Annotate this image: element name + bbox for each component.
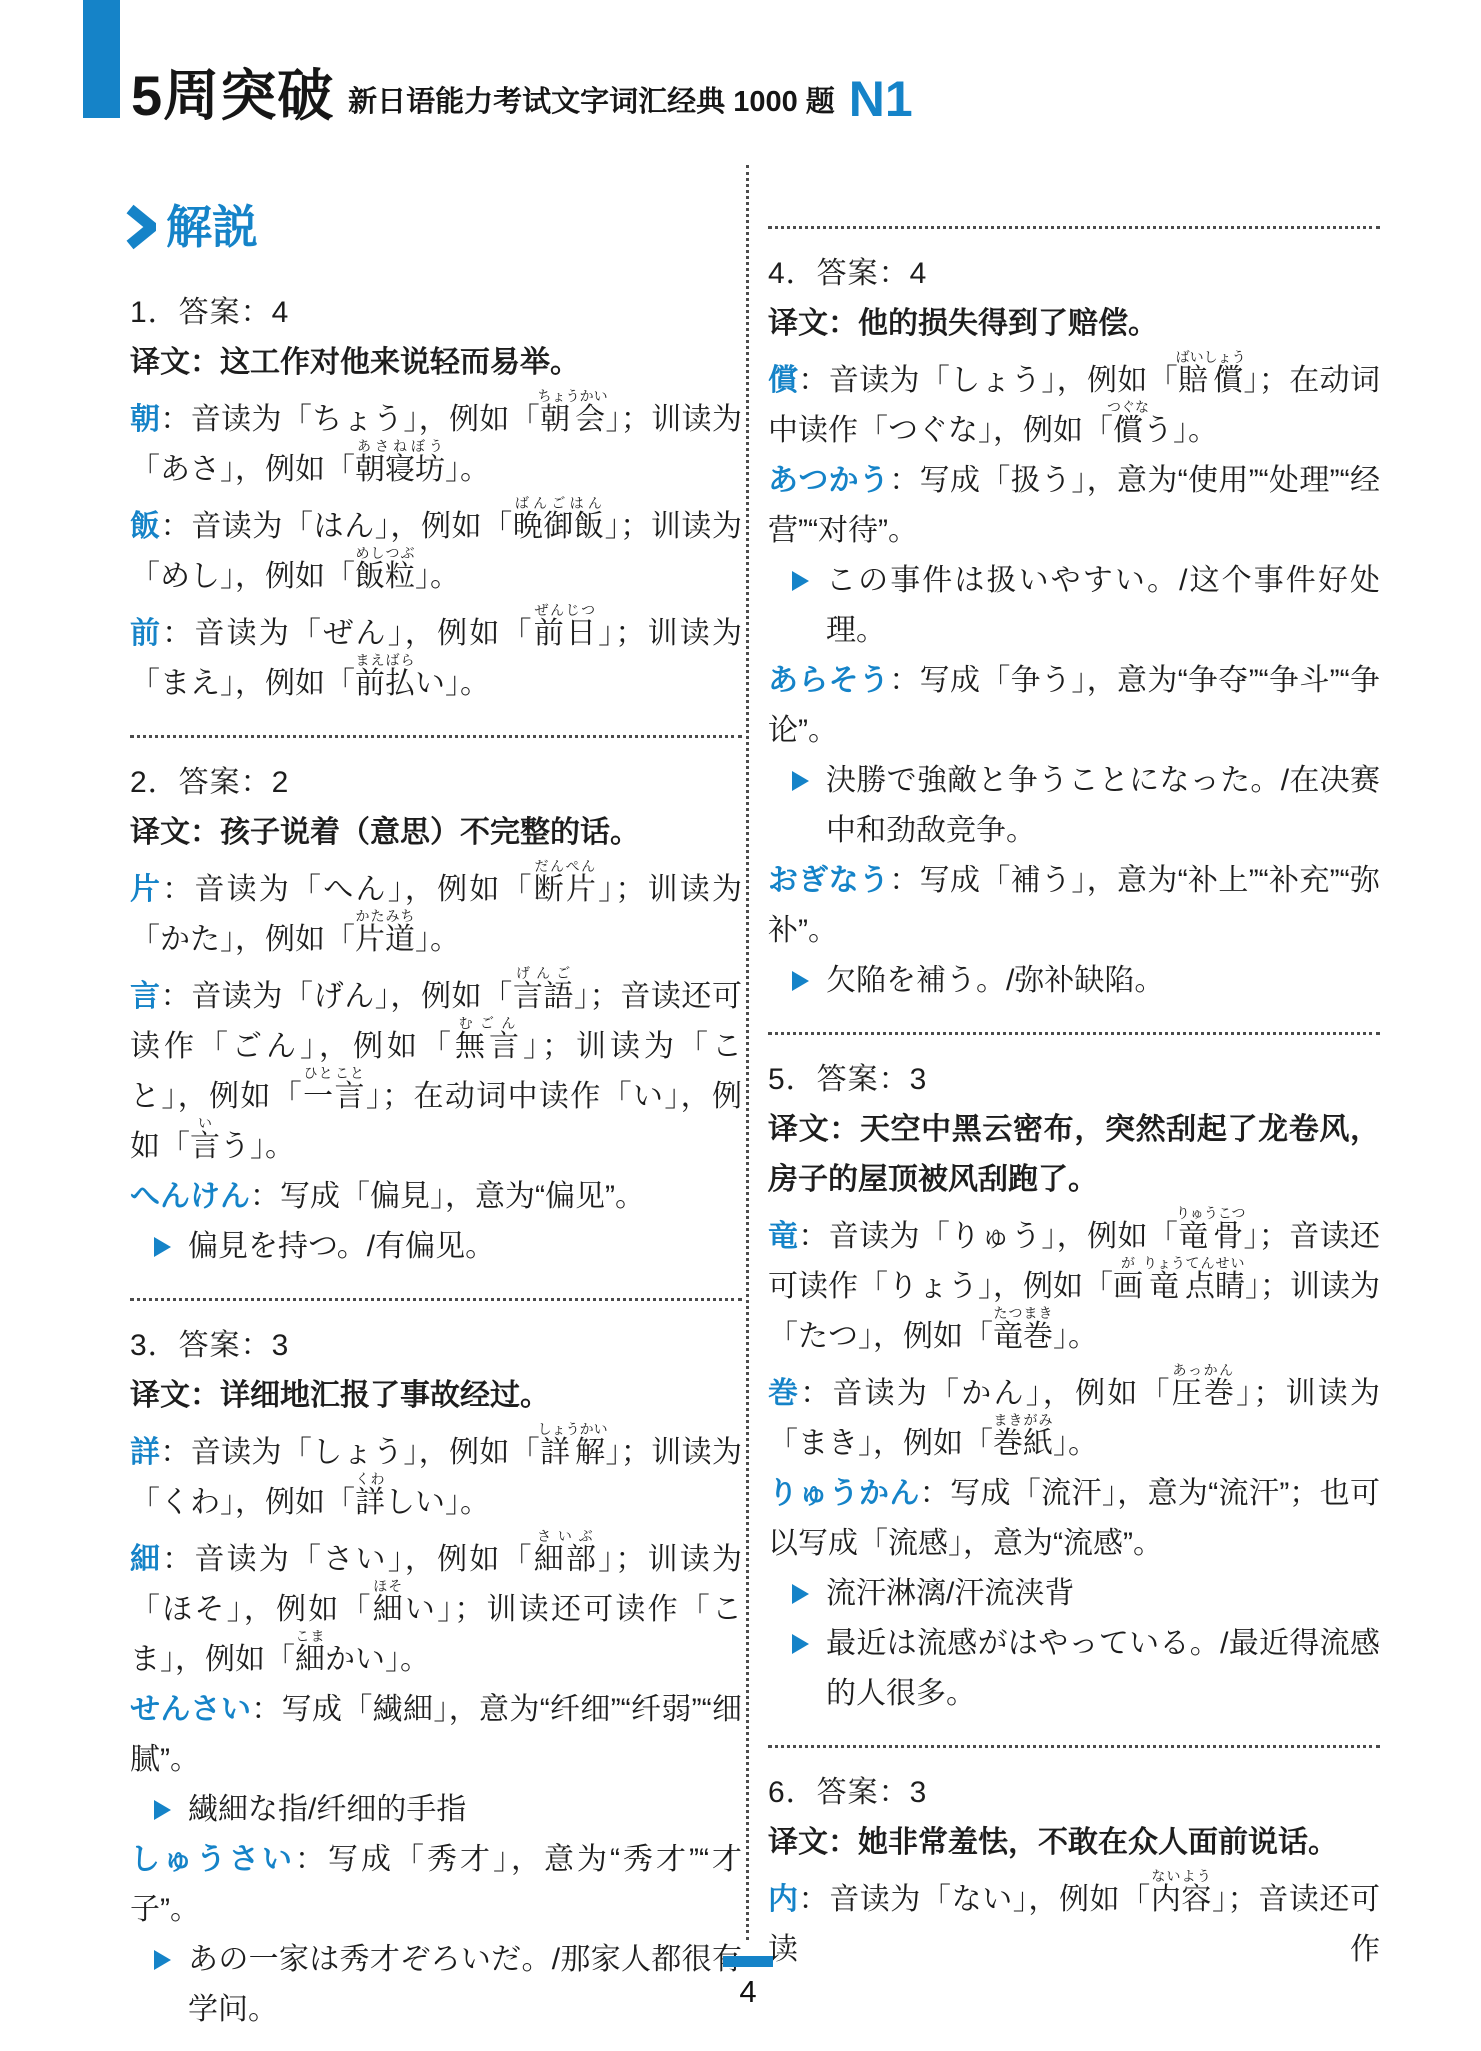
entry-headword: 細: [130, 1543, 162, 1576]
entry-headword: 内: [768, 1883, 799, 1916]
answer-line: 2．答案：2: [130, 758, 742, 808]
entry: 片：音读为「へん」，例如「断片だんぺん」；训读为「かた」，例如「片道かたみち」。: [130, 858, 742, 965]
example-marker-icon: [792, 571, 809, 591]
translation-line: 译文：孩子说着（意思）不完整的话。: [130, 808, 742, 858]
example-marker-icon: [792, 1584, 809, 1604]
entry: 前：音读为「ぜん」，例如「前日ぜんじつ」；训读为「まえ」，例如「前払まえばらい」…: [130, 602, 742, 709]
translation-line: 译文：他的损失得到了赔偿。: [768, 299, 1380, 349]
translation-line: 译文：这工作对他来说轻而易举。: [130, 338, 742, 388]
example-marker-icon: [792, 1634, 809, 1654]
entry-headword: 飯: [130, 510, 161, 543]
section-heading-label: 解説: [166, 204, 258, 250]
example-marker-icon: [792, 771, 809, 791]
level-badge: N1: [849, 74, 913, 124]
example-marker-icon: [154, 1950, 171, 1970]
entry-headword: りゅうかん: [768, 1477, 920, 1510]
book-subtitle: 新日语能力考试文字词汇经典 1000 题: [348, 87, 835, 124]
example-line: 偏見を持つ。/有偏见。: [130, 1222, 742, 1272]
entry: りゅうかん：写成「流汗」，意为“流汗”；也可以写成「流感」，意为“流感”。: [768, 1469, 1380, 1569]
entry-headword: 朝: [130, 403, 160, 436]
example-line: この事件は扱いやすい。/这个事件好处理。: [768, 556, 1380, 656]
entry: 内：音读为「ない」，例如「内容ないよう」；音读还可读作: [768, 1868, 1380, 1975]
entry: おぎなう：写成「補う」，意为“补上”“补充”“弥补”。: [768, 856, 1380, 956]
book-page: 5周突破 新日语能力考试文字词汇经典 1000 题 N1 解説 1．答案：4译文…: [0, 0, 1481, 2051]
entry-headword: 償: [768, 364, 798, 397]
example-line: あの一家は秀才ぞろいだ。/那家人都很有学问。: [130, 1935, 742, 2035]
dotted-separator: [768, 1745, 1380, 1748]
entry: 言：音读为「げん」，例如「言語げんご」；音读还可读作「ごん」，例如「無言むごん」…: [130, 965, 742, 1172]
example-marker-icon: [792, 971, 809, 991]
dotted-separator: [130, 1298, 742, 1301]
entry: 巻：音读为「かん」，例如「圧巻あっかん」；训读为「まき」，例如「巻紙まきがみ」。: [768, 1362, 1380, 1469]
header-accent-bar: [83, 0, 120, 118]
translation-line: 译文：详细地汇报了事故经过。: [130, 1371, 742, 1421]
entry-headword: 片: [130, 873, 162, 906]
page-number: 4: [698, 1974, 798, 2010]
entry-headword: あつかう: [768, 464, 889, 497]
answer-item: 3．答案：3译文：详细地汇报了事故经过。詳：音读为「しょう」，例如「詳解しょうか…: [130, 1321, 742, 2035]
entry: あらそう：写成「争う」，意为“争夺”“争斗”“争论”。: [768, 656, 1380, 756]
section-heading: 解説: [126, 204, 742, 250]
answer-line: 5．答案：3: [768, 1055, 1380, 1105]
entry: 竜：音读为「りゅう」，例如「竜骨りゅうこつ」；音读还可读作「りょう」，例如「画が…: [768, 1205, 1380, 1362]
entry: 細：音读为「さい」，例如「細部さいぶ」；训读为「ほそ」，例如「細ほそい」；训读还…: [130, 1528, 742, 1685]
answer-line: 3．答案：3: [130, 1321, 742, 1371]
example-line: 流汗淋漓/汗流浃背: [768, 1569, 1380, 1619]
book-header: 5周突破 新日语能力考试文字词汇经典 1000 题 N1: [131, 0, 913, 124]
answer-line: 1．答案：4: [130, 288, 742, 338]
dotted-separator: [768, 1032, 1380, 1035]
entry-headword: 前: [130, 617, 162, 650]
example-marker-icon: [154, 1800, 171, 1820]
left-column: 解説 1．答案：4译文：这工作对他来说轻而易举。朝：音读为「ちょう」，例如「朝会…: [130, 200, 742, 2035]
example-line: 繊細な指/纤细的手指: [130, 1785, 742, 1835]
entry-headword: 巻: [768, 1377, 800, 1410]
series-title: 5周突破: [131, 68, 334, 124]
answer-item: 5．答案：3译文：天空中黑云密布，突然刮起了龙卷风，房子的屋顶被风刮跑了。竜：音…: [768, 1055, 1380, 1719]
example-marker-icon: [154, 1237, 171, 1257]
example-line: 決勝で強敵と争うことになった。/在决赛中和劲敌竞争。: [768, 756, 1380, 856]
entry-headword: おぎなう: [768, 864, 889, 897]
entry: へんけん：写成「偏見」，意为“偏见”。: [130, 1172, 742, 1222]
column-divider: [746, 165, 749, 1940]
entry-headword: せんさい: [130, 1693, 251, 1726]
entry: 朝：音读为「ちょう」，例如「朝会ちょうかい」；训读为「あさ」，例如「朝寝坊あさね…: [130, 388, 742, 495]
answer-item: 1．答案：4译文：这工作对他来说轻而易举。朝：音读为「ちょう」，例如「朝会ちょう…: [130, 288, 742, 709]
footer-accent-bar: [723, 1956, 773, 1967]
entry-headword: 竜: [768, 1220, 798, 1253]
right-column: 4．答案：4译文：他的损失得到了赔偿。償：音读为「しょう」，例如「賠償ばいしょう…: [768, 200, 1380, 1975]
translation-line: 译文：她非常羞怯，不敢在众人面前说话。: [768, 1818, 1380, 1868]
entry-headword: 詳: [130, 1436, 160, 1469]
dotted-separator: [768, 226, 1380, 229]
entry: しゅうさい：写成「秀才」，意为“秀才”“才子”。: [130, 1835, 742, 1935]
entry: あつかう：写成「扱う」，意为“使用”“处理”“经营”“对待”。: [768, 456, 1380, 556]
answer-line: 4．答案：4: [768, 249, 1380, 299]
translation-line: 译文：天空中黑云密布，突然刮起了龙卷风，房子的屋顶被风刮跑了。: [768, 1105, 1380, 1205]
entry-headword: 言: [130, 980, 161, 1013]
answer-line: 6．答案：3: [768, 1768, 1380, 1818]
dotted-separator: [130, 735, 742, 738]
example-line: 最近は流感がはやっている。/最近得流感的人很多。: [768, 1619, 1380, 1719]
answer-item: 4．答案：4译文：他的损失得到了赔偿。償：音读为「しょう」，例如「賠償ばいしょう…: [768, 249, 1380, 1006]
example-line: 欠陥を補う。/弥补缺陷。: [768, 956, 1380, 1006]
entry-headword: しゅうさい: [130, 1843, 295, 1876]
chevron-right-icon: [126, 204, 156, 250]
entry-headword: あらそう: [768, 664, 889, 697]
entry: せんさい：写成「繊細」，意为“纤细”“纤弱”“细腻”。: [130, 1685, 742, 1785]
entry: 償：音读为「しょう」，例如「賠償ばいしょう」；在动词中读作「つぐな」，例如「償つ…: [768, 349, 1380, 456]
answer-item: 6．答案：3译文：她非常羞怯，不敢在众人面前说话。内：音读为「ない」，例如「内容…: [768, 1768, 1380, 1975]
entry-headword: へんけん: [130, 1180, 250, 1213]
answer-item: 2．答案：2译文：孩子说着（意思）不完整的话。片：音读为「へん」，例如「断片だん…: [130, 758, 742, 1272]
entry: 詳：音读为「しょう」，例如「詳解しょうかい」；训读为「くわ」，例如「詳くわしい」…: [130, 1421, 742, 1528]
entry: 飯：音读为「はん」，例如「晩御飯ばんごはん」；训读为「めし」，例如「飯粒めしつぶ…: [130, 495, 742, 602]
